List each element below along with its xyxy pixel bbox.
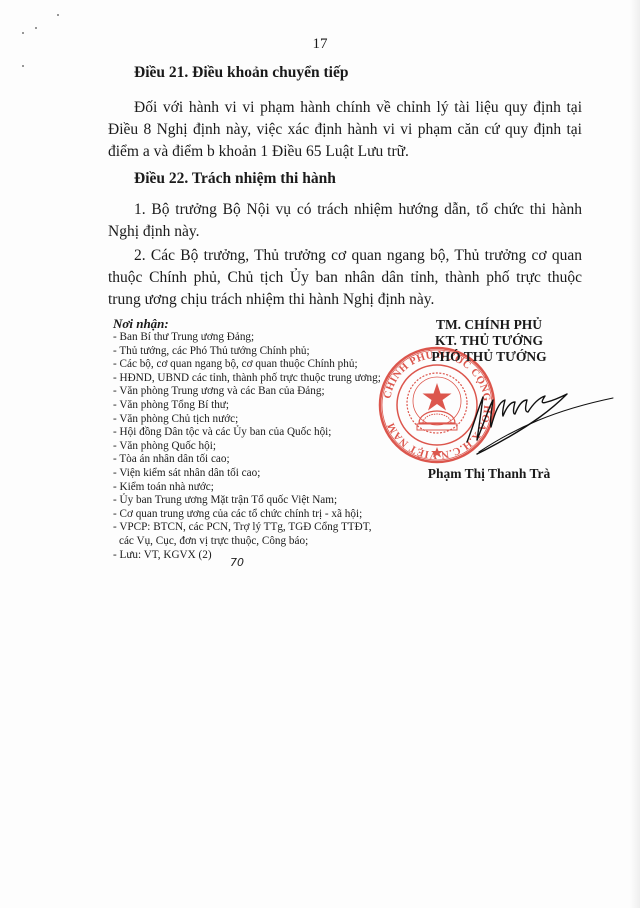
scan-speck [35, 27, 37, 29]
recipient-item: - Kiểm toán nhà nước; [113, 481, 373, 495]
scan-speck [22, 32, 24, 34]
page-edge-shadow [630, 0, 640, 908]
recipient-item: - Văn phòng Chủ tịch nước; [113, 413, 373, 427]
recipient-item: - Các bộ, cơ quan ngang bộ, cơ quan thuộ… [113, 358, 373, 372]
handwritten-signature-icon [455, 372, 615, 462]
article-22-heading: Điều 22. Trách nhiệm thi hành [134, 170, 336, 188]
recipient-item-continuation: các Vụ, Cục, đơn vị trực thuộc, Công báo… [113, 535, 373, 549]
recipient-item: - VPCP: BTCN, các PCN, Trợ lý TTg, TGĐ C… [113, 521, 373, 535]
article-22-clause-2: 2. Các Bộ trưởng, Thủ trưởng cơ quan nga… [108, 245, 582, 311]
signature-line-1: TM. CHÍNH PHỦ [408, 317, 570, 333]
recipient-item: - HĐND, UBND các tỉnh, thành phố trực th… [113, 372, 373, 386]
recipients-list: Nơi nhận: - Ban Bí thư Trung ương Đảng; … [113, 316, 373, 562]
recipient-item: - Hội đồng Dân tộc và các Ủy ban của Quố… [113, 426, 373, 440]
signature-line-3: PHÓ THỦ TƯỚNG [408, 349, 570, 365]
signature-block-title: TM. CHÍNH PHỦ KT. THỦ TƯỚNG PHÓ THỦ TƯỚN… [408, 317, 570, 365]
recipient-item: - Tòa án nhân dân tối cao; [113, 453, 373, 467]
page-number: 17 [0, 36, 640, 53]
article-21-heading: Điều 21. Điều khoản chuyển tiếp [134, 64, 348, 82]
recipient-item: - Văn phòng Quốc hội; [113, 440, 373, 454]
recipient-item: - Ủy ban Trung ương Mặt trận Tổ quốc Việ… [113, 494, 373, 508]
recipient-item: - Ban Bí thư Trung ương Đảng; [113, 331, 373, 345]
signature-line-2: KT. THỦ TƯỚNG [408, 333, 570, 349]
signer-name: Phạm Thị Thanh Trà [408, 466, 570, 482]
recipient-item: - Văn phòng Trung ương và các Ban của Đả… [113, 385, 373, 399]
recipients-title: Nơi nhận: [113, 316, 373, 331]
recipient-item: - Viện kiểm sát nhân dân tối cao; [113, 467, 373, 481]
scan-speck [22, 65, 24, 67]
recipient-item: - Văn phòng Tổng Bí thư; [113, 399, 373, 413]
recipient-item: - Cơ quan trung ương của các tổ chức chí… [113, 508, 373, 522]
document-page: 17 Điều 21. Điều khoản chuyển tiếp Đối v… [0, 0, 640, 908]
scan-speck [57, 14, 59, 16]
recipient-item: - Thủ tướng, các Phó Thủ tướng Chính phủ… [113, 345, 373, 359]
article-22-clause-1: 1. Bộ trưởng Bộ Nội vụ có trách nhiệm hư… [108, 199, 582, 243]
handwritten-mark: 70 [230, 556, 244, 569]
article-21-paragraph: Đối với hành vi vi phạm hành chính về ch… [108, 97, 582, 163]
